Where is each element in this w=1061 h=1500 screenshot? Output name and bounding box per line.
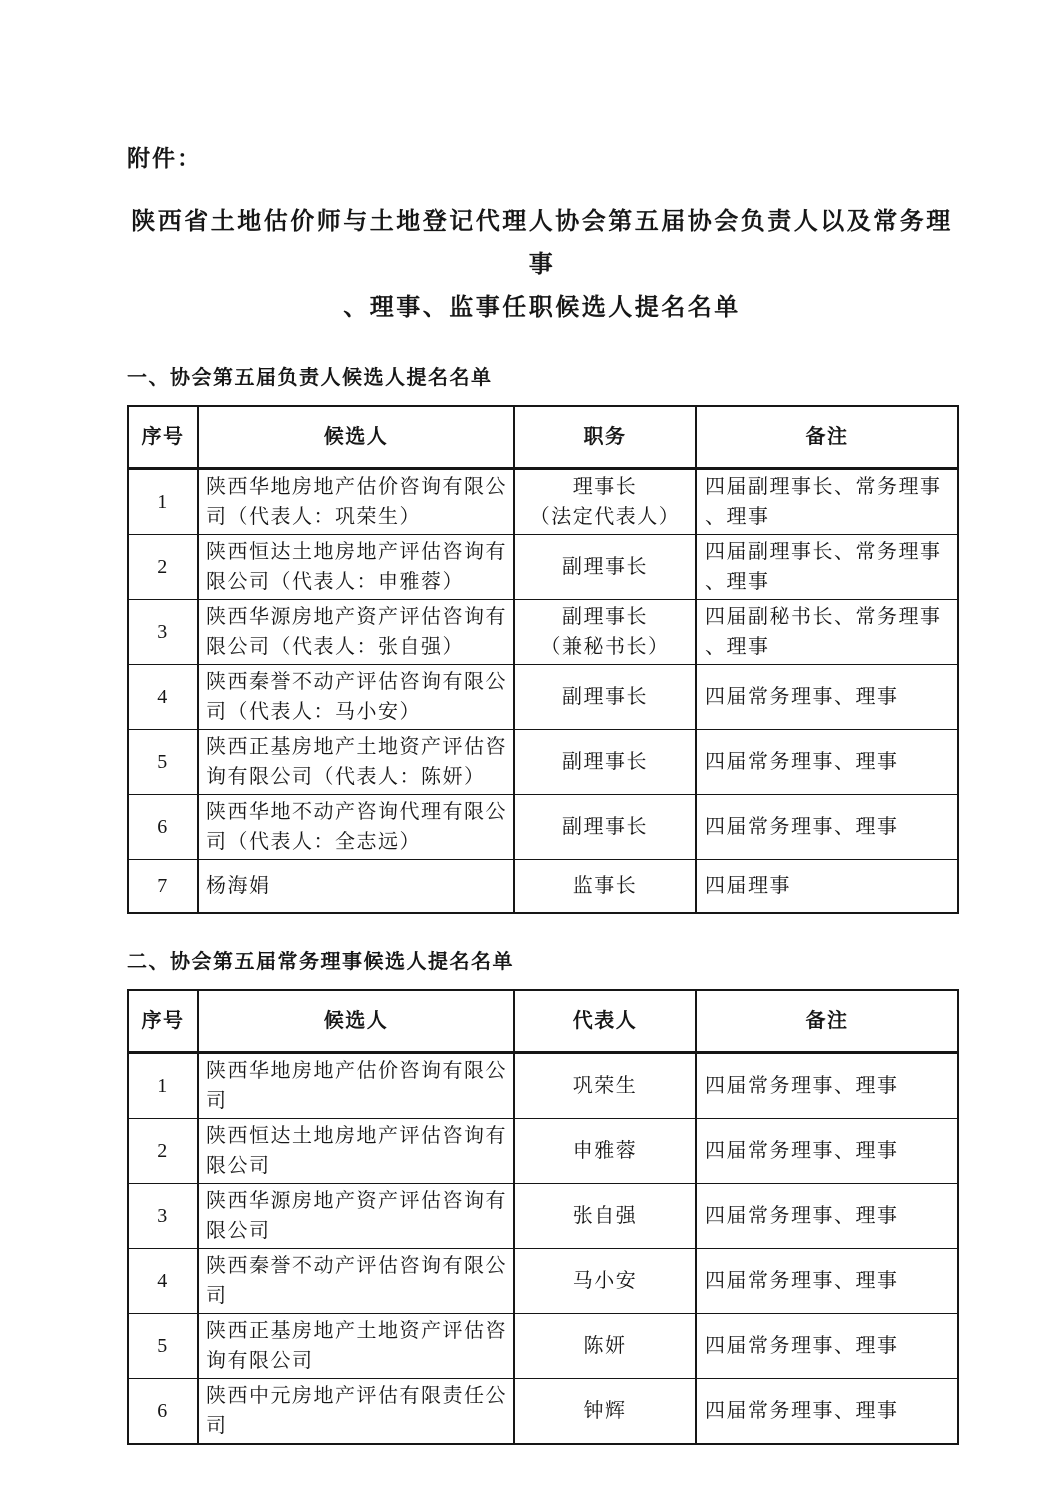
candidate-cell: 陕西恒达土地房地产评估咨询有限公司（代表人：申雅蓉） (198, 534, 514, 599)
document-title: 陕西省土地估价师与土地登记代理人协会第五届协会负责人以及常务理事 、理事、监事任… (127, 201, 957, 330)
table-row: 4 陕西秦誉不动产评估咨询有限公司 马小安 四届常务理事、理事 (128, 1248, 958, 1313)
table-row: 2 陕西恒达土地房地产评估咨询有限公司（代表人：申雅蓉） 副理事长 四届副理事长… (128, 534, 958, 599)
column-header-note: 备注 (696, 406, 958, 468)
row-number: 5 (128, 1313, 198, 1378)
table-row: 7 杨海娟 监事长 四届理事 (128, 859, 958, 913)
row-number: 3 (128, 599, 198, 664)
row-number: 4 (128, 664, 198, 729)
column-header-no: 序号 (128, 990, 198, 1052)
position-cell: 副理事长 (514, 664, 696, 729)
row-number: 6 (128, 794, 198, 859)
column-header-candidate: 候选人 (198, 406, 514, 468)
table-row: 3 陕西华源房地产资产评估咨询有限公司（代表人：张自强） 副理事长 （兼秘书长）… (128, 599, 958, 664)
representative-cell: 马小安 (514, 1248, 696, 1313)
section-1-heading: 一、协会第五届负责人候选人提名名单 (127, 361, 957, 390)
column-header-note: 备注 (696, 990, 958, 1052)
table-header-row: 序号 候选人 职务 备注 (128, 406, 958, 468)
row-number: 7 (128, 859, 198, 913)
note-cell: 四届常务理事、理事 (696, 794, 958, 859)
note-cell: 四届常务理事、理事 (696, 1052, 958, 1118)
table-row: 5 陕西正基房地产土地资产评估咨询有限公司（代表人：陈妍） 副理事长 四届常务理… (128, 729, 958, 794)
candidate-cell: 陕西秦誉不动产评估咨询有限公司 (198, 1248, 514, 1313)
representative-cell: 张自强 (514, 1183, 696, 1248)
candidate-cell: 陕西华地房地产估价咨询有限公司（代表人：巩荣生） (198, 468, 514, 534)
table-row: 5 陕西正基房地产土地资产评估咨询有限公司 陈妍 四届常务理事、理事 (128, 1313, 958, 1378)
note-cell: 四届理事 (696, 859, 958, 913)
section-2-heading: 二、协会第五届常务理事候选人提名名单 (127, 945, 957, 974)
candidate-cell: 陕西华地房地产估价咨询有限公司 (198, 1052, 514, 1118)
column-header-candidate: 候选人 (198, 990, 514, 1052)
column-header-no: 序号 (128, 406, 198, 468)
candidate-cell: 陕西华源房地产资产评估咨询有限公司（代表人：张自强） (198, 599, 514, 664)
candidate-cell: 陕西恒达土地房地产评估咨询有限公司 (198, 1118, 514, 1183)
table-header-row: 序号 候选人 代表人 备注 (128, 990, 958, 1052)
candidate-cell: 杨海娟 (198, 859, 514, 913)
candidate-cell: 陕西秦誉不动产评估咨询有限公司（代表人：马小安） (198, 664, 514, 729)
leaders-candidates-table: 序号 候选人 职务 备注 1 陕西华地房地产估价咨询有限公司（代表人：巩荣生） … (127, 405, 959, 914)
table-row: 3 陕西华源房地产资产评估咨询有限公司 张自强 四届常务理事、理事 (128, 1183, 958, 1248)
table-row: 2 陕西恒达土地房地产评估咨询有限公司 申雅蓉 四届常务理事、理事 (128, 1118, 958, 1183)
executive-directors-table: 序号 候选人 代表人 备注 1 陕西华地房地产估价咨询有限公司 巩荣生 四届常务… (127, 989, 959, 1445)
table-row: 1 陕西华地房地产估价咨询有限公司 巩荣生 四届常务理事、理事 (128, 1052, 958, 1118)
table-row: 4 陕西秦誉不动产评估咨询有限公司（代表人：马小安） 副理事长 四届常务理事、理… (128, 664, 958, 729)
note-cell: 四届副理事长、常务理事、理事 (696, 468, 958, 534)
representative-cell: 陈妍 (514, 1313, 696, 1378)
candidate-cell: 陕西华源房地产资产评估咨询有限公司 (198, 1183, 514, 1248)
row-number: 3 (128, 1183, 198, 1248)
candidate-cell: 陕西正基房地产土地资产评估咨询有限公司 (198, 1313, 514, 1378)
note-cell: 四届常务理事、理事 (696, 1183, 958, 1248)
note-cell: 四届常务理事、理事 (696, 1248, 958, 1313)
row-number: 2 (128, 1118, 198, 1183)
table-row: 6 陕西中元房地产评估有限责任公司 钟辉 四届常务理事、理事 (128, 1378, 958, 1444)
row-number: 2 (128, 534, 198, 599)
representative-cell: 钟辉 (514, 1378, 696, 1444)
representative-cell: 申雅蓉 (514, 1118, 696, 1183)
note-cell: 四届常务理事、理事 (696, 1313, 958, 1378)
position-cell: 理事长 （法定代表人） (514, 468, 696, 534)
table-row: 1 陕西华地房地产估价咨询有限公司（代表人：巩荣生） 理事长 （法定代表人） 四… (128, 468, 958, 534)
row-number: 6 (128, 1378, 198, 1444)
row-number: 1 (128, 468, 198, 534)
position-cell: 副理事长 (514, 729, 696, 794)
attachment-label: 附件： (127, 140, 957, 173)
note-cell: 四届常务理事、理事 (696, 664, 958, 729)
position-cell: 副理事长 （兼秘书长） (514, 599, 696, 664)
position-cell: 监事长 (514, 859, 696, 913)
note-cell: 四届常务理事、理事 (696, 1118, 958, 1183)
note-cell: 四届副秘书长、常务理事、理事 (696, 599, 958, 664)
candidate-cell: 陕西中元房地产评估有限责任公司 (198, 1378, 514, 1444)
candidate-cell: 陕西华地不动产咨询代理有限公司（代表人：全志远） (198, 794, 514, 859)
table-row: 6 陕西华地不动产咨询代理有限公司（代表人：全志远） 副理事长 四届常务理事、理… (128, 794, 958, 859)
candidate-cell: 陕西正基房地产土地资产评估咨询有限公司（代表人：陈妍） (198, 729, 514, 794)
representative-cell: 巩荣生 (514, 1052, 696, 1118)
row-number: 1 (128, 1052, 198, 1118)
position-cell: 副理事长 (514, 794, 696, 859)
column-header-representative: 代表人 (514, 990, 696, 1052)
row-number: 5 (128, 729, 198, 794)
note-cell: 四届常务理事、理事 (696, 1378, 958, 1444)
column-header-position: 职务 (514, 406, 696, 468)
note-cell: 四届副理事长、常务理事、理事 (696, 534, 958, 599)
document-page: 附件： 陕西省土地估价师与土地登记代理人协会第五届协会负责人以及常务理事 、理事… (0, 0, 1061, 1500)
position-cell: 副理事长 (514, 534, 696, 599)
note-cell: 四届常务理事、理事 (696, 729, 958, 794)
row-number: 4 (128, 1248, 198, 1313)
